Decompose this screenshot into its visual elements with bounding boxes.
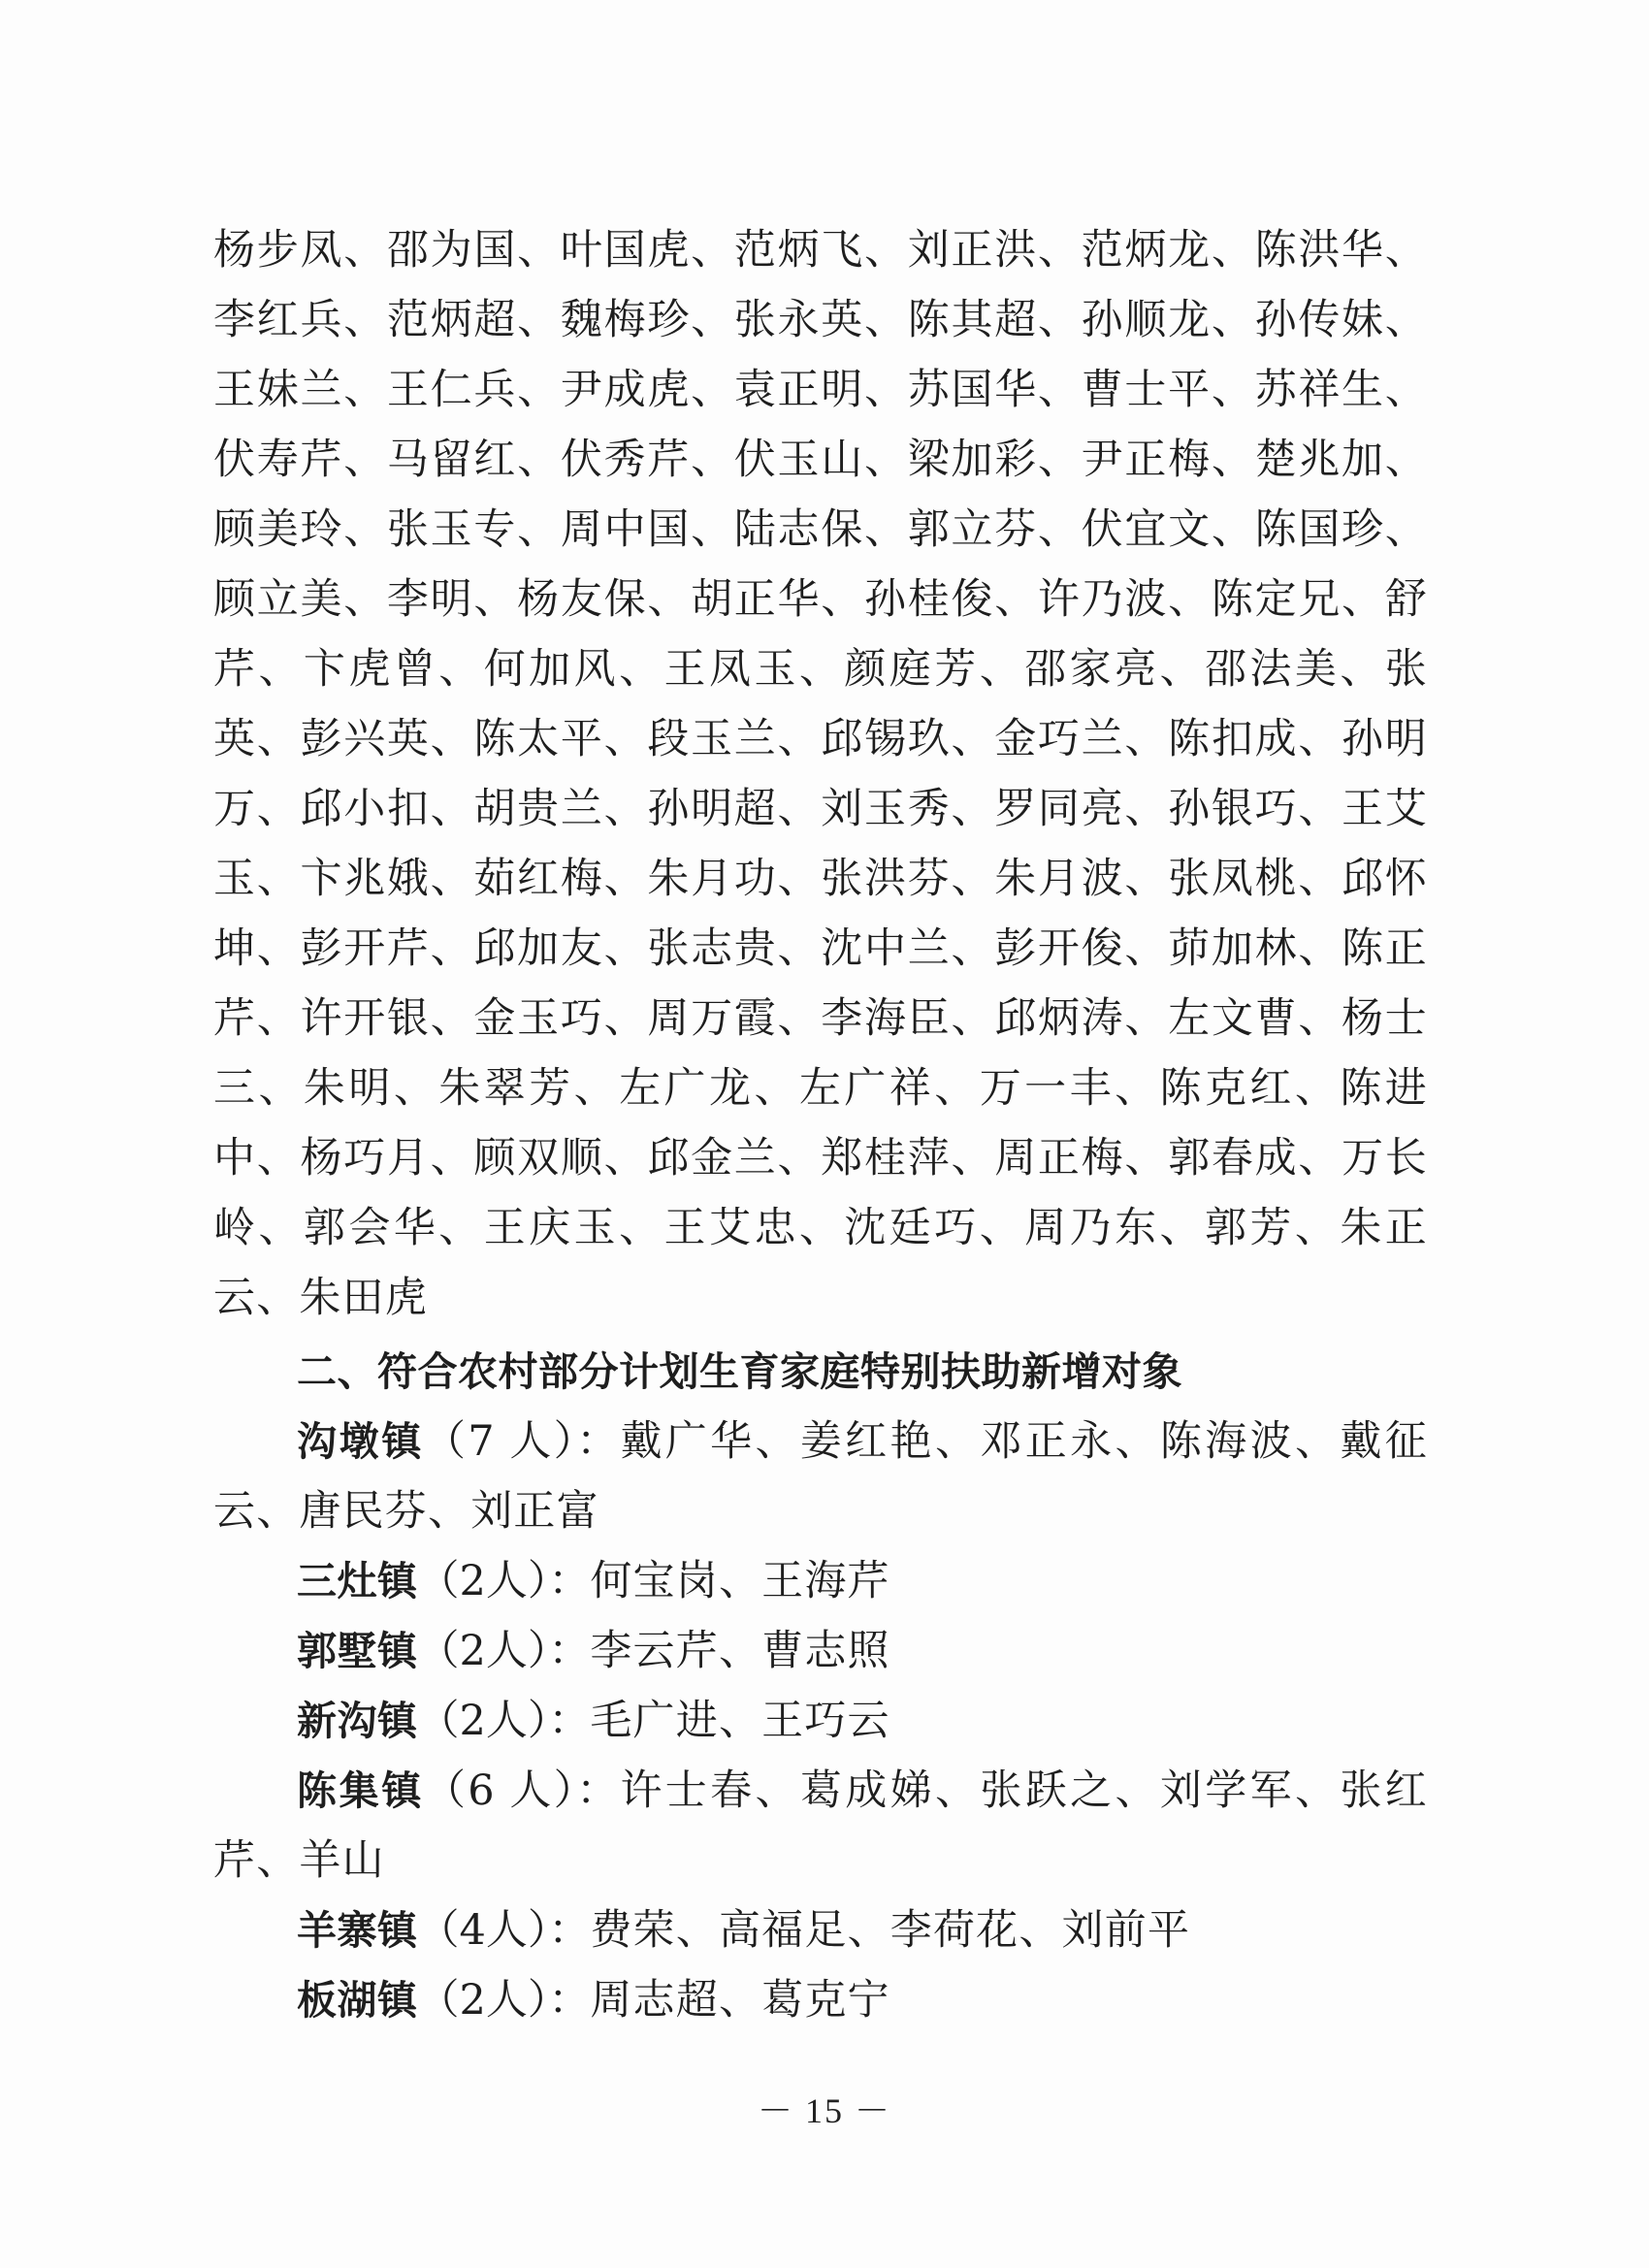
town-count: （7 人）： <box>424 1417 620 1466</box>
page-number: － 15 － <box>0 2084 1649 2133</box>
town-count: （2人）： <box>418 1697 591 1745</box>
continued-name-list: 杨步凤、邵为国、叶国虎、范炳飞、刘正洪、范炳龙、陈洪华、李红兵、范炳超、魏梅珍、… <box>213 215 1428 1333</box>
town-names: 毛广进、王巧云 <box>590 1697 889 1745</box>
town-names: 李云芹、曹志照 <box>590 1627 889 1675</box>
town-name: 新沟镇 <box>297 1698 418 1744</box>
town-name: 三灶镇 <box>297 1558 418 1604</box>
section-heading: 二、符合农村部分计划生育家庭特别扶助新增对象 <box>213 1337 1428 1407</box>
town-entry-goudun: 沟墩镇（7 人）：戴广华、姜红艳、邓正永、陈海波、戴征云、唐民芬、刘正富 <box>213 1407 1428 1546</box>
town-name: 沟墩镇 <box>297 1418 424 1465</box>
town-count: （4人）： <box>418 1906 591 1955</box>
town-names: 费荣、高福足、李荷花、刘前平 <box>590 1906 1190 1955</box>
town-names: 何宝岗、王海芹 <box>590 1557 889 1605</box>
town-entry-sanzao: 三灶镇（2人）：何宝岗、王海芹 <box>213 1546 1428 1616</box>
town-entry-guoshu: 郭墅镇（2人）：李云芹、曹志照 <box>213 1616 1428 1686</box>
town-name: 羊寨镇 <box>297 1907 418 1954</box>
town-name: 陈集镇 <box>297 1767 424 1814</box>
town-names: 周志超、葛克宁 <box>590 1976 889 2025</box>
town-entry-banhu: 板湖镇（2人）：周志超、葛克宁 <box>213 1965 1428 2035</box>
town-entry-xingou: 新沟镇（2人）：毛广进、王巧云 <box>213 1686 1428 1756</box>
town-entry-chenji: 陈集镇（6 人）：许士春、葛成娣、张跃之、刘学军、张红芹、羊山 <box>213 1756 1428 1895</box>
town-count: （6 人）： <box>424 1766 620 1815</box>
town-count: （2人）： <box>418 1557 591 1605</box>
town-name: 板湖镇 <box>297 1977 418 2024</box>
town-count: （2人）： <box>418 1976 591 2025</box>
document-page: 杨步凤、邵为国、叶国虎、范炳飞、刘正洪、范炳龙、陈洪华、李红兵、范炳超、魏梅珍、… <box>213 215 1428 2035</box>
town-name: 郭墅镇 <box>297 1628 418 1674</box>
town-count: （2人）： <box>418 1627 591 1675</box>
town-entry-yangzhai: 羊寨镇（4人）：费荣、高福足、李荷花、刘前平 <box>213 1895 1428 1965</box>
